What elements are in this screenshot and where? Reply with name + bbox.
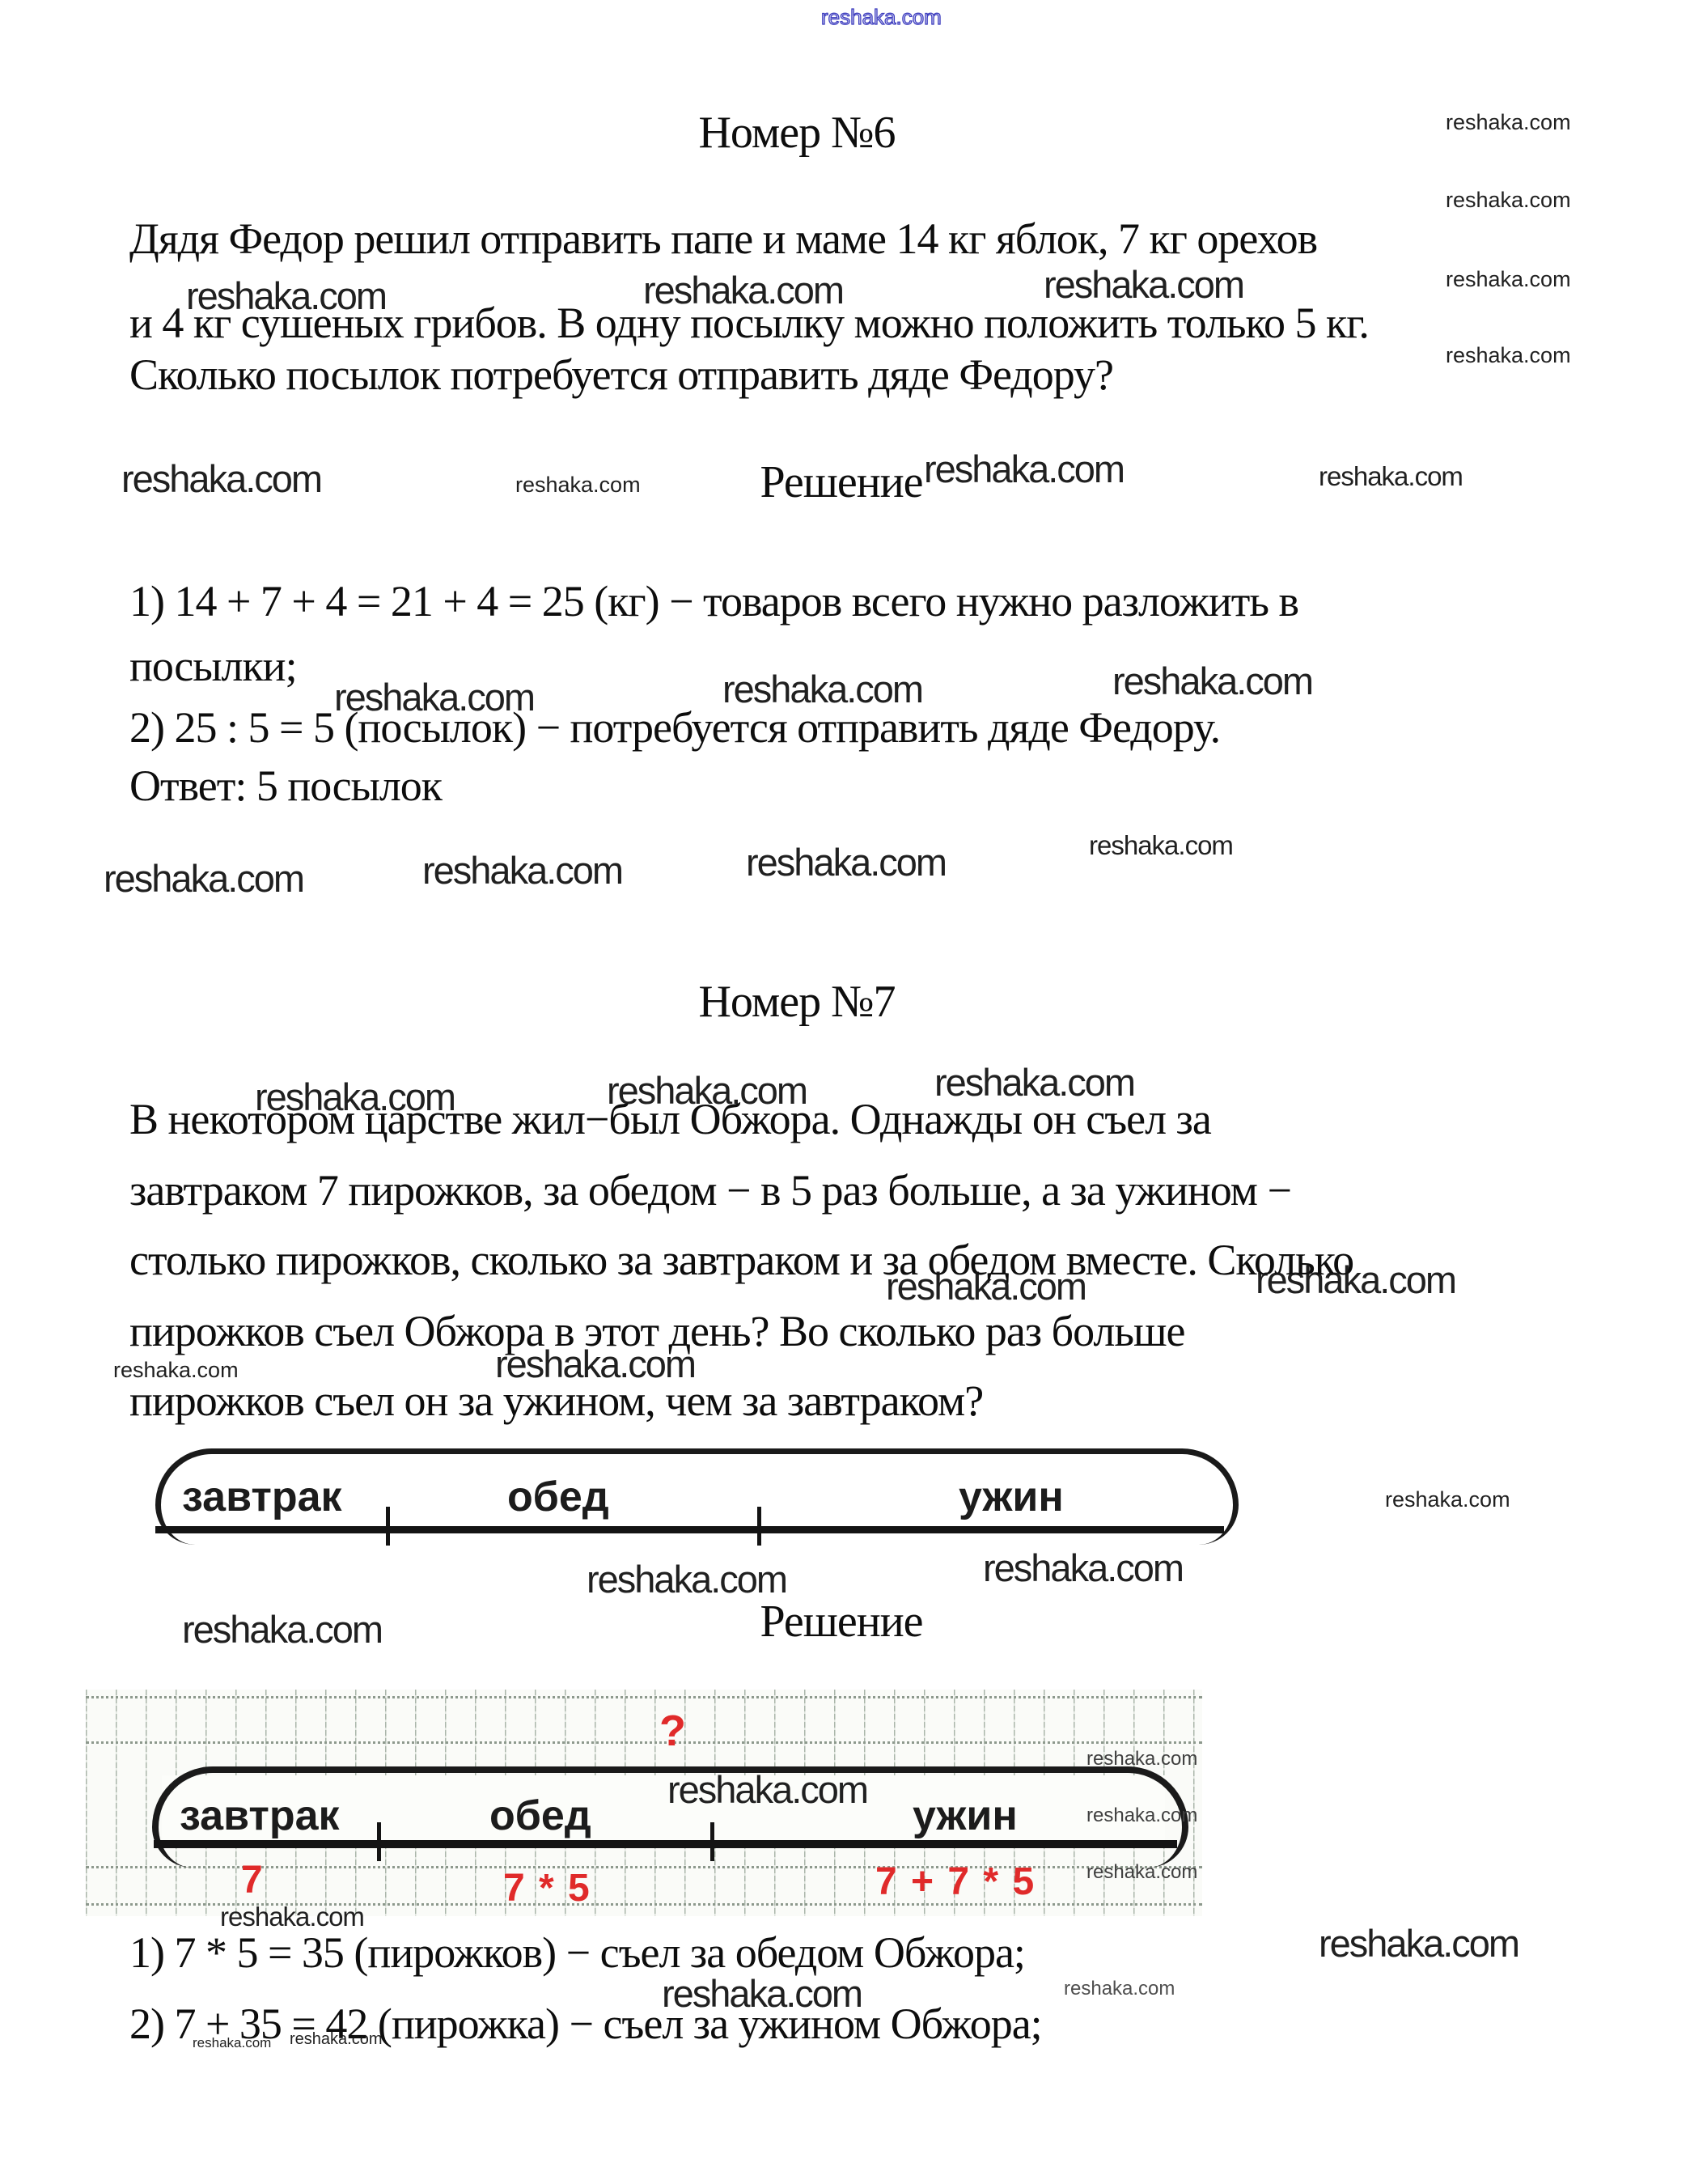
watermark: reshaka.com	[422, 851, 622, 889]
diagram2-baseline	[154, 1840, 1177, 1848]
watermark: reshaka.com	[193, 2036, 271, 2050]
problem6-answer: Ответ: 5 посылок	[129, 764, 442, 808]
watermark: reshaka.com	[113, 1359, 239, 1381]
watermark: reshaka.com	[1086, 1806, 1197, 1826]
watermark: reshaka.com	[290, 2031, 383, 2047]
diagram2-red-label-breakfast: 7	[241, 1861, 263, 1900]
watermark: reshaka.com	[607, 1071, 807, 1109]
watermark: reshaka.com	[1064, 1979, 1175, 1999]
problem7-title: Номер №7	[0, 976, 1594, 1028]
watermark: reshaka.com	[1086, 1863, 1197, 1882]
diagram1-label-dinner: ужин	[959, 1476, 1064, 1518]
problem7-solution-step-1: 1) 7 * 5 = 35 (пирожков) − съел за обедо…	[129, 1931, 1025, 1974]
problem6-solution-step-1-cont: посылки;	[129, 644, 297, 688]
diagram2-question-mark: ?	[659, 1709, 686, 1753]
watermark: reshaka.com	[983, 1549, 1183, 1587]
problem7-statement-line-3: столько пирожков, сколько за завтраком и…	[129, 1238, 1353, 1282]
problem6-solution-step-1: 1) 14 + 7 + 4 = 21 + 4 = 25 (кг) − товар…	[129, 579, 1298, 623]
watermark: reshaka.com	[924, 450, 1124, 488]
diagram2-label-breakfast: завтрак	[180, 1795, 340, 1837]
watermark: reshaka.com	[1319, 463, 1463, 490]
watermark: reshaka.com	[587, 1560, 786, 1598]
watermark: reshaka.com	[1089, 832, 1233, 859]
watermark: reshaka.com	[1044, 265, 1243, 303]
watermark: reshaka.com	[667, 1771, 867, 1809]
watermark: reshaka.com	[121, 460, 321, 498]
watermark: reshaka.com	[1112, 662, 1312, 700]
diagram2-label-lunch: обед	[489, 1795, 591, 1837]
watermark: reshaka.com	[1446, 112, 1571, 134]
watermark: reshaka.com	[746, 843, 946, 881]
watermark: reshaka.com	[821, 6, 942, 28]
watermark: reshaka.com	[104, 859, 303, 897]
watermark: reshaka.com	[1086, 1749, 1197, 1769]
diagram2-red-label-dinner: 7 + 7 * 5	[875, 1863, 1036, 1902]
watermark: reshaka.com	[495, 1345, 695, 1383]
watermark: reshaka.com	[186, 277, 386, 315]
watermark: reshaka.com	[722, 670, 922, 708]
grid-horizontal-line	[86, 1741, 1202, 1744]
watermark: reshaka.com	[886, 1267, 1086, 1305]
watermark: reshaka.com	[515, 474, 641, 496]
diagram2-tick-2	[710, 1822, 714, 1861]
watermark: reshaka.com	[934, 1063, 1134, 1101]
watermark: reshaka.com	[182, 1610, 382, 1648]
problem6-statement-line-3: Сколько посылок потребуется отправить дя…	[129, 353, 1113, 397]
diagram1-tick-2	[757, 1507, 761, 1546]
diagram1-tick-1	[386, 1507, 390, 1546]
watermark: reshaka.com	[220, 1903, 364, 1930]
problem7-statement-line-5: пирожков съел он за ужином, чем за завтр…	[129, 1379, 983, 1423]
watermark: reshaka.com	[255, 1078, 455, 1116]
diagram1-label-lunch: обед	[507, 1476, 609, 1518]
watermark: reshaka.com	[1385, 1489, 1510, 1511]
watermark: reshaka.com	[1446, 189, 1571, 211]
diagram2-label-dinner: ужин	[913, 1795, 1018, 1837]
watermark: reshaka.com	[1446, 269, 1571, 290]
problem7-statement-line-2: завтраком 7 пирожков, за обедом − в 5 ра…	[129, 1168, 1291, 1212]
document-page: Номер №6 Дядя Федор решил отправить папе…	[0, 0, 1690, 2184]
diagram1-baseline	[155, 1526, 1224, 1533]
watermark: reshaka.com	[1256, 1261, 1455, 1299]
watermark: reshaka.com	[1446, 345, 1571, 367]
grid-horizontal-line	[86, 1696, 1202, 1698]
diagram1-label-breakfast: завтрак	[182, 1476, 342, 1518]
diagram2-tick-1	[377, 1822, 381, 1861]
problem6-title: Номер №6	[0, 107, 1594, 159]
watermark: reshaka.com	[334, 678, 534, 716]
diagram2-red-label-lunch: 7 * 5	[503, 1869, 591, 1908]
problem6-solution-step-2: 2) 25 : 5 = 5 (посылок) − потребуется от…	[129, 706, 1220, 749]
watermark: reshaka.com	[1319, 1924, 1518, 1962]
watermark: reshaka.com	[643, 271, 843, 309]
watermark: reshaka.com	[662, 1974, 862, 2012]
problem6-statement-line-1: Дядя Федор решил отправить папе и маме 1…	[129, 217, 1317, 261]
